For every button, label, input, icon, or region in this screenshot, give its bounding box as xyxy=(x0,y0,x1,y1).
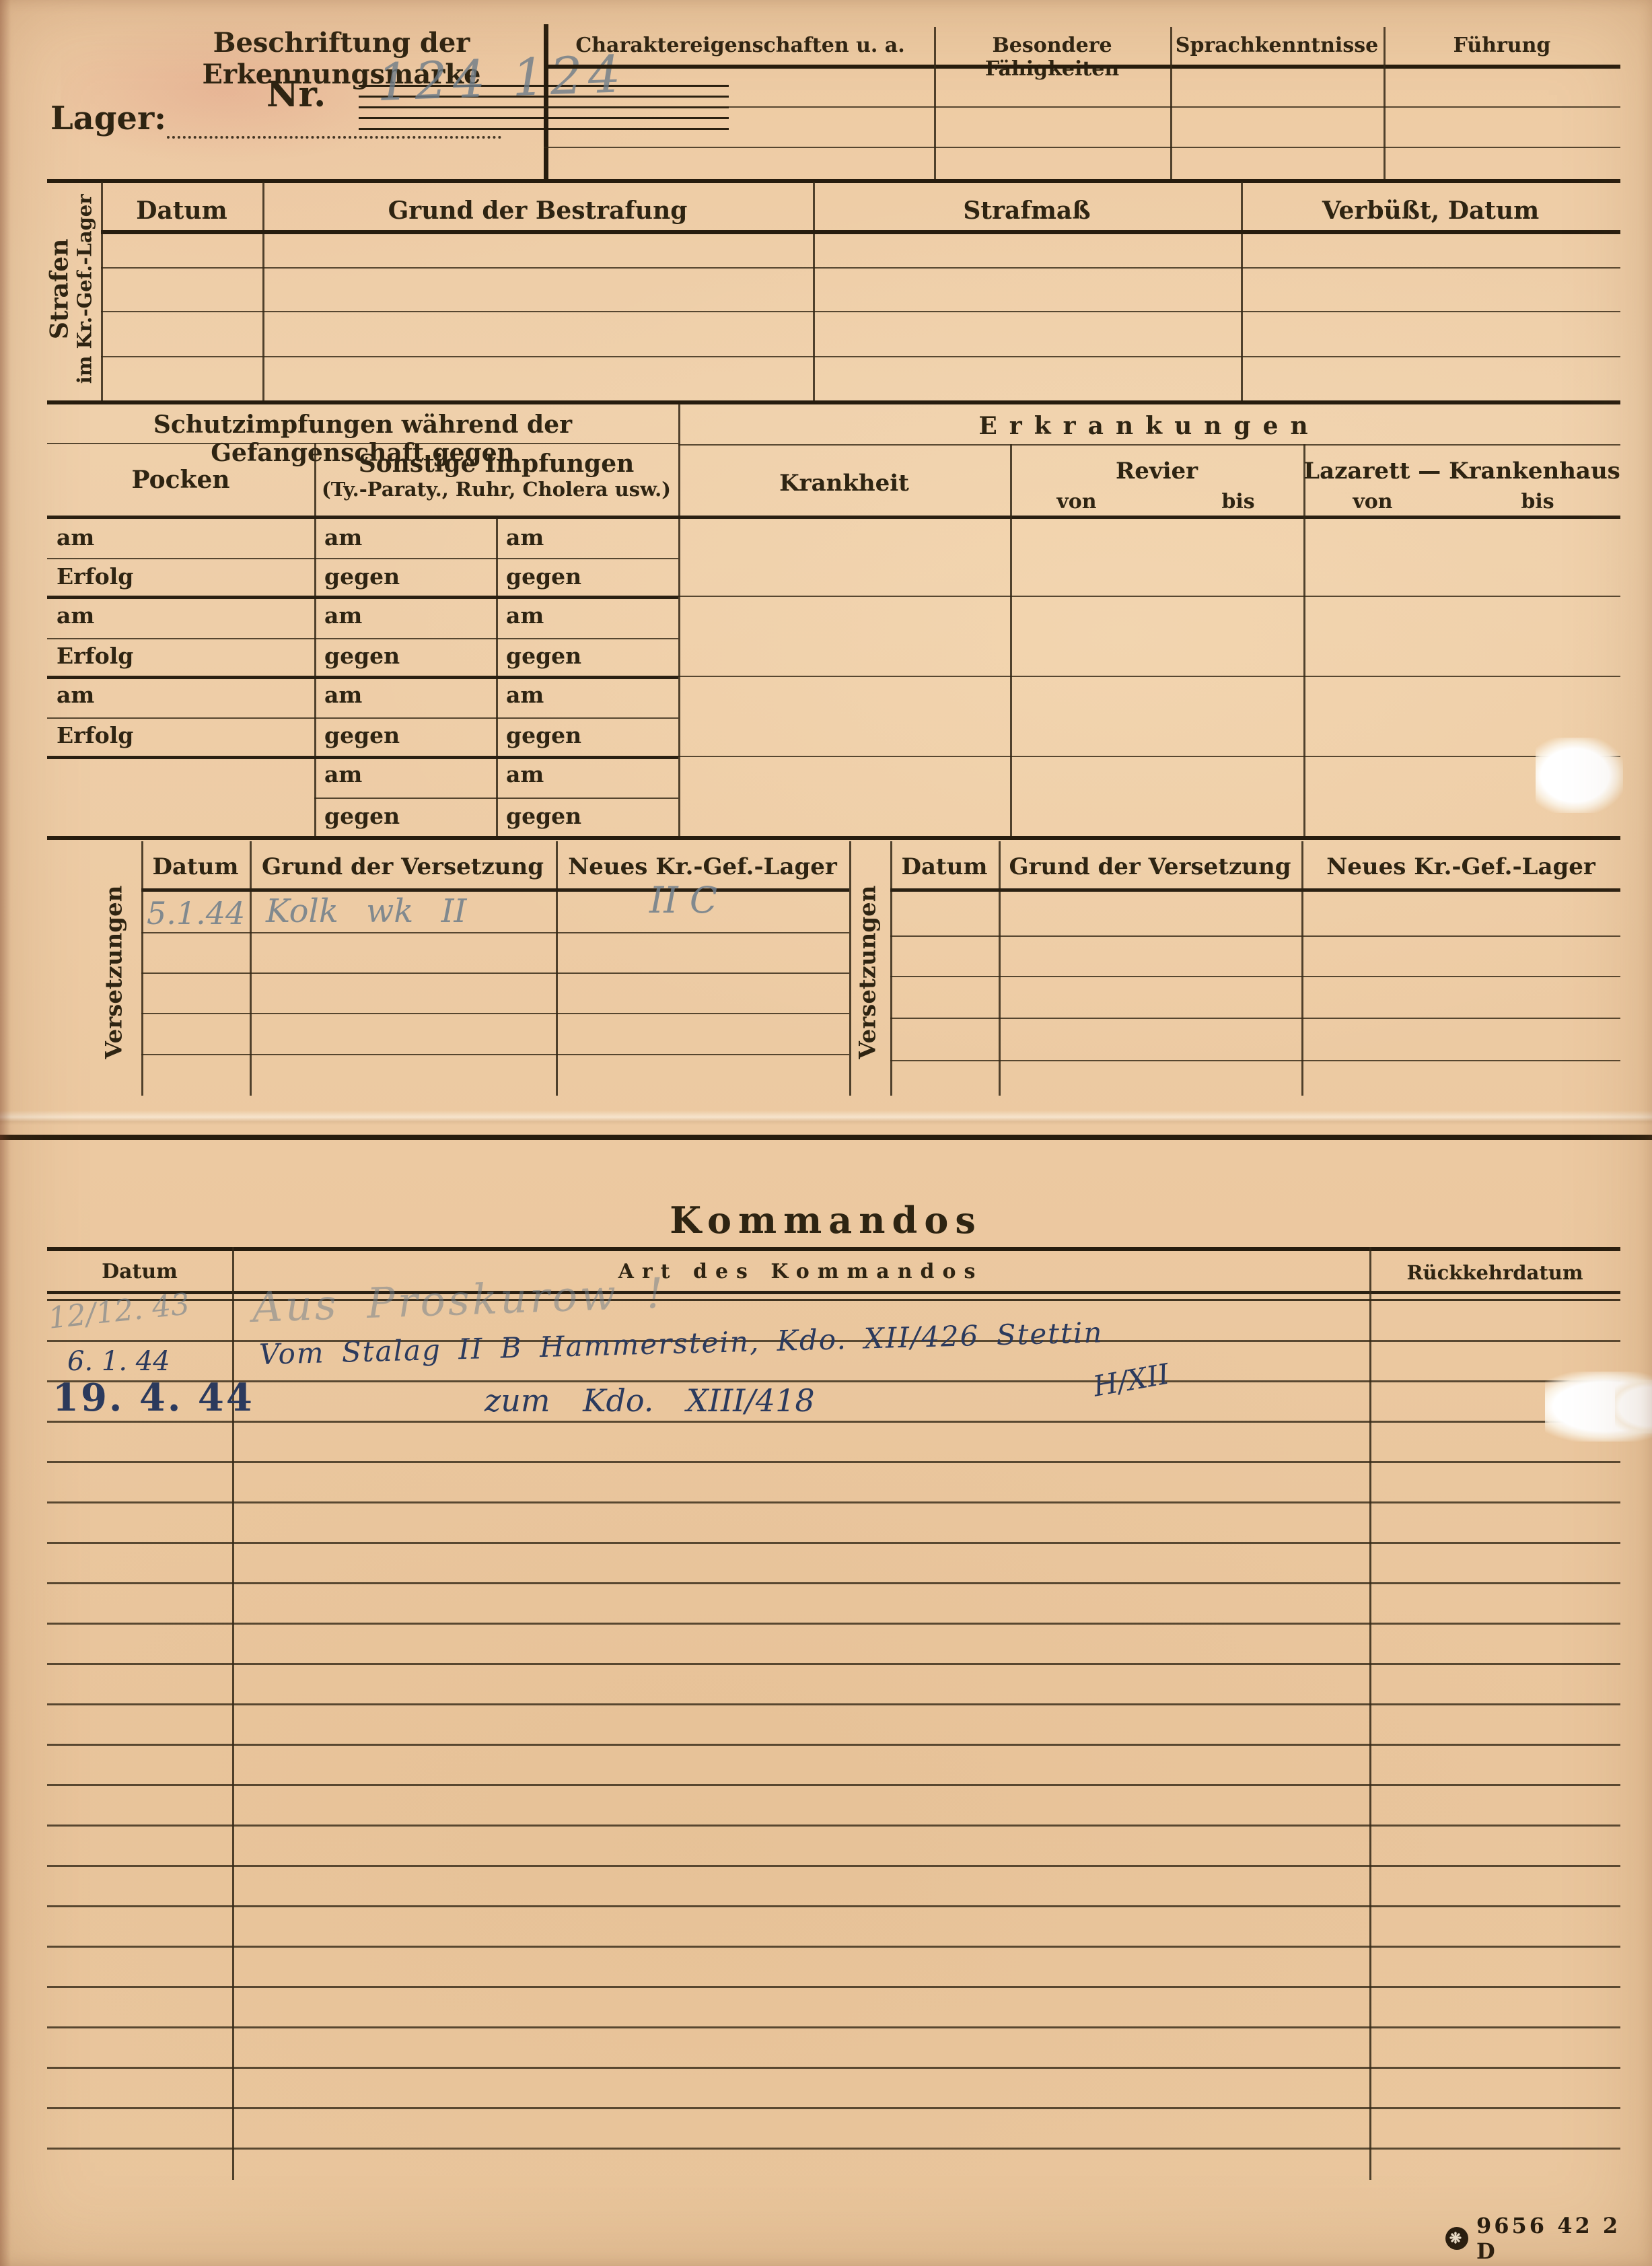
divider-line xyxy=(101,311,1620,312)
kommando-entry-datum: 19. 4. 44 xyxy=(52,1376,254,1420)
divider-line xyxy=(678,676,1620,677)
pocken-erfolg-label: Erfolg xyxy=(57,723,178,749)
traits-table-left-border xyxy=(544,24,548,180)
divider-line xyxy=(47,596,678,599)
lazarett-von-label: von xyxy=(1342,490,1403,514)
lager-dotted-line xyxy=(167,109,501,139)
divider-line xyxy=(1010,444,1012,838)
sonstige1-am-label: am xyxy=(324,682,432,709)
versetzungen-right-col-datum: Datum xyxy=(890,853,999,880)
kommandos-ruled-rows xyxy=(47,1302,1620,2150)
divider-line xyxy=(47,516,1620,519)
sonstige1-gegen-label: gegen xyxy=(324,723,445,749)
divider-line xyxy=(47,558,678,559)
erkrankungen-col-lazarett: Lazarett — Krankenhaus xyxy=(1303,458,1620,485)
pocken-am-label: am xyxy=(57,682,164,709)
divider-line xyxy=(47,756,678,759)
kommandos-title: Kommandos xyxy=(0,1199,1652,1242)
lazarett-bis-label: bis xyxy=(1507,490,1568,514)
divider-line xyxy=(141,932,849,933)
sonstige2-gegen-label: gegen xyxy=(506,564,627,590)
page-divider-rule xyxy=(0,1135,1652,1140)
strafen-col-verbuesst: Verbüßt, Datum xyxy=(1241,197,1620,225)
kommandos-col-rueckkehr: Rückkehrdatum xyxy=(1369,1261,1620,1284)
divider-line xyxy=(890,1060,1620,1061)
divider-line xyxy=(544,106,1620,108)
strafen-side-label-line2: im Kr.-Gef.-Lager xyxy=(74,174,96,403)
sonstige2-am-label: am xyxy=(506,682,614,709)
sonstige2-gegen-label: gegen xyxy=(506,643,627,670)
strafen-col-datum: Datum xyxy=(101,197,262,225)
pocken-am-label: am xyxy=(57,525,164,551)
pocken-erfolg-label: Erfolg xyxy=(57,564,178,590)
divider-line xyxy=(678,404,680,838)
divider-line xyxy=(47,638,678,639)
versetzungen-right-side-label: Versetzungen xyxy=(855,865,881,1080)
sonstige2-am-label: am xyxy=(506,525,614,551)
divider-line xyxy=(544,65,1620,69)
sonstige2-gegen-label: gegen xyxy=(506,804,627,830)
erkrankungen-col-revier: Revier xyxy=(1010,458,1303,485)
sonstige2-am-label: am xyxy=(506,762,614,788)
divider-line xyxy=(101,356,1620,357)
lager-label: Lager: xyxy=(50,100,166,138)
versetzungen-left-col-datum: Datum xyxy=(141,853,250,880)
sonstige1-am-label: am xyxy=(324,762,432,788)
divider-line xyxy=(890,1018,1620,1019)
divider-line xyxy=(890,935,1620,937)
pocken-am-label: am xyxy=(57,603,164,629)
versetzungen-right-col-grund: Grund der Versetzung xyxy=(999,853,1301,880)
divider-line xyxy=(1170,27,1172,180)
strafen-top-border xyxy=(47,179,1620,183)
sonstige1-gegen-label: gegen xyxy=(324,643,445,670)
divider-line xyxy=(544,147,1620,148)
divider-line xyxy=(890,976,1620,977)
erkrankungen-title: Erkrankungen xyxy=(678,412,1620,440)
divider-line xyxy=(47,717,678,719)
divider-line xyxy=(47,443,678,444)
versetzung-entry-datum: 5.1.44 xyxy=(147,895,245,931)
impfungen-col-sonstige-line1: Sonstige Impfungen xyxy=(314,450,678,478)
sonstige2-am-label: am xyxy=(506,603,614,629)
versetzungen-right-col-neues: Neues Kr.-Gef.-Lager xyxy=(1301,853,1620,880)
pow-record-card: Beschriftung der Erkennungsmarke Nr. 124… xyxy=(0,0,1652,2266)
sonstige1-am-label: am xyxy=(324,525,432,551)
traits-col-conduct: Führung xyxy=(1385,34,1619,57)
divider-line xyxy=(101,230,1620,234)
traits-col-character: Charaktereigenschaften u. a. xyxy=(548,34,932,57)
divider-line xyxy=(101,267,1620,269)
divider-line xyxy=(890,888,1620,892)
strafen-side-label-line1: Strafen xyxy=(46,174,74,403)
kommando-entry-art: zum Kdo. XIII/418 xyxy=(484,1382,815,1419)
versetzung-entry-neues-lager: II C xyxy=(649,879,717,921)
traits-col-abilities: Besondere Fähigkeiten xyxy=(935,34,1169,81)
divider-line xyxy=(141,888,849,892)
versetzungen-top-border xyxy=(47,836,1620,840)
torn-edge xyxy=(1615,1380,1652,1433)
divider-line xyxy=(314,798,678,799)
divider-line xyxy=(1303,444,1305,838)
pocken-erfolg-label: Erfolg xyxy=(57,643,178,670)
sonstige1-gegen-label: gegen xyxy=(324,804,445,830)
punch-hole xyxy=(1536,738,1623,813)
impfungen-col-sonstige: Sonstige Impfungen (Ty.-Paraty., Ruhr, C… xyxy=(314,450,678,501)
kommandos-col-datum: Datum xyxy=(47,1260,232,1283)
revier-bis-label: bis xyxy=(1208,490,1268,514)
impfungen-col-pocken: Pocken xyxy=(47,466,314,494)
scan-left-edge-shadow xyxy=(0,0,11,2266)
divider-line xyxy=(849,841,851,1096)
impfungen-top-border xyxy=(47,400,1620,404)
divider-line xyxy=(314,443,316,838)
divider-line xyxy=(934,27,936,180)
versetzungen-left-col-neues: Neues Kr.-Gef.-Lager xyxy=(556,853,849,880)
print-code: 9656 42 2 D xyxy=(1476,2213,1652,2264)
kommando-entry-datum: 6. 1. 44 xyxy=(67,1346,170,1377)
divider-line xyxy=(141,972,849,974)
revier-von-label: von xyxy=(1046,490,1107,514)
impfungen-col-sonstige-line2: (Ty.-Paraty., Ruhr, Cholera usw.) xyxy=(314,478,678,501)
printer-emblem-icon: ❋ xyxy=(1445,2227,1468,2250)
versetzung-entry-grund: Kolk wk II xyxy=(266,892,467,930)
divider-line xyxy=(1384,27,1386,180)
divider-line xyxy=(141,1013,849,1014)
divider-line xyxy=(141,1054,849,1055)
strafen-side-label: Strafen im Kr.-Gef.-Lager xyxy=(46,174,97,403)
erkrankungen-col-krankheit: Krankheit xyxy=(678,470,1010,497)
divider-line xyxy=(678,444,1620,446)
print-mark: ❋ 9656 42 2 D xyxy=(1445,2213,1652,2264)
traits-col-languages: Sprachkenntnisse xyxy=(1172,34,1382,57)
strafen-col-strafmass: Strafmaß xyxy=(813,197,1241,225)
divider-line xyxy=(678,756,1620,757)
sonstige2-gegen-label: gegen xyxy=(506,723,627,749)
divider-line xyxy=(47,676,678,679)
versetzungen-left-col-grund: Grund der Versetzung xyxy=(250,853,556,880)
sonstige1-gegen-label: gegen xyxy=(324,564,445,590)
sonstige1-am-label: am xyxy=(324,603,432,629)
divider-line xyxy=(678,596,1620,597)
strafen-col-grund: Grund der Bestrafung xyxy=(262,197,813,225)
versetzungen-left-side-label: Versetzungen xyxy=(101,865,127,1080)
fold-crease xyxy=(0,1110,1652,1125)
kommandos-top-border xyxy=(47,1247,1620,1251)
